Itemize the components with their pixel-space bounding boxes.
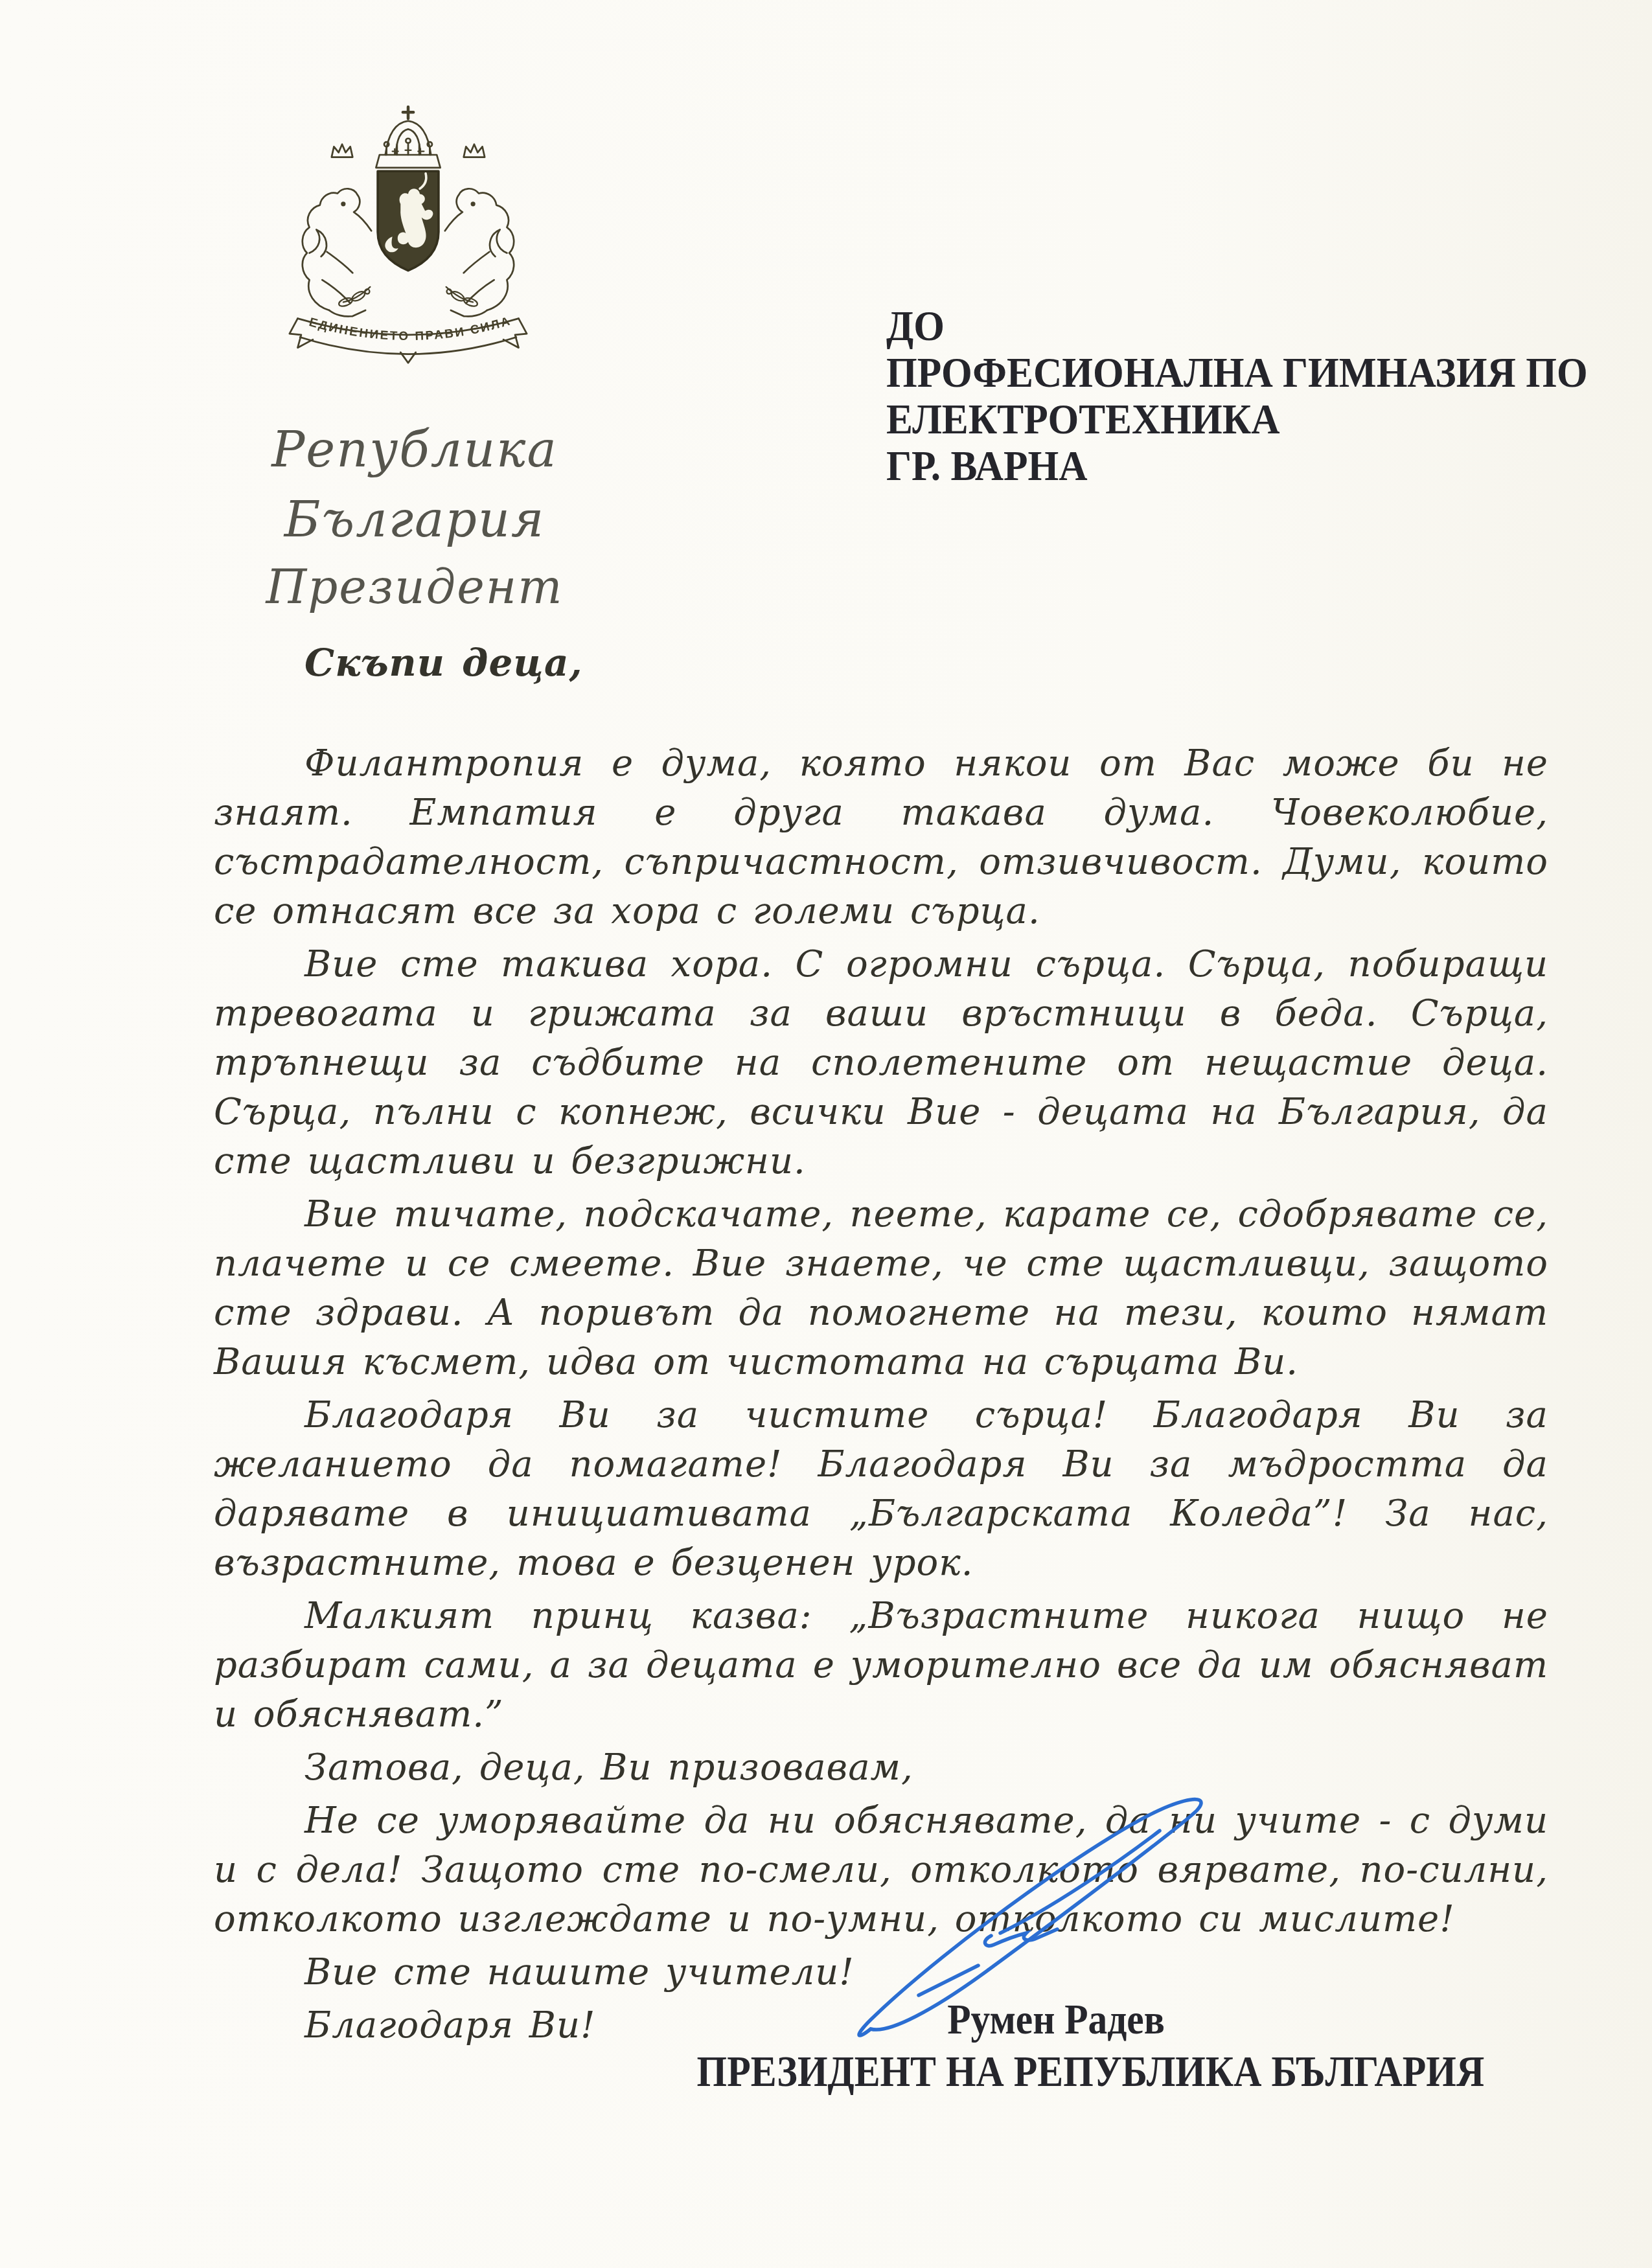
sender-office-line: Президент	[149, 555, 680, 619]
oak-sprigs-icon	[338, 287, 478, 308]
letter-paragraph: Благодаря Ви за чистите сърца! Благодаря…	[214, 1391, 1548, 1588]
signature-inner-stroke	[1000, 1831, 1160, 1933]
letter-paragraph: Филантропия е дума, която някои от Вас м…	[214, 739, 1548, 936]
bulgaria-coat-of-arms-icon: СЪЕДИНЕНИЕТО ПРАВИ СИЛАТА	[271, 89, 545, 387]
lion-right-icon	[445, 144, 514, 317]
coat-of-arms-svg: СЪЕДИНЕНИЕТО ПРАВИ СИЛАТА	[271, 89, 545, 387]
recipient-address: ДО ПРОФЕСИОНАЛНА ГИМНАЗИЯ ПО ЕЛЕКТРОТЕХН…	[886, 303, 1588, 490]
letter-paragraph: Малкият принц казва: „Възрастните никога…	[214, 1592, 1548, 1739]
recipient-line-school2: ЕЛЕКТРОТЕХНИКА	[886, 396, 1588, 443]
signatory-name: Румен Радев	[764, 1995, 1348, 2045]
recipient-line-city: ГР. ВАРНА	[886, 443, 1588, 490]
crown-icon	[376, 107, 440, 168]
salutation: Скъпи деца,	[214, 638, 1548, 687]
letter-paragraph: Вие тичате, подскачате, пеете, карате се…	[214, 1190, 1548, 1387]
recipient-line-school: ПРОФЕСИОНАЛНА ГИМНАЗИЯ ПО	[886, 350, 1588, 396]
shield-icon	[378, 171, 439, 270]
sender-country-line: Република България	[149, 415, 680, 555]
signature-squiggle	[985, 1929, 1057, 1946]
lion-left-icon	[303, 144, 371, 317]
sender-block: Република България Президент	[149, 415, 680, 619]
signatory-title: ПРЕЗИДЕНТ НА РЕПУБЛИКА БЪЛГАРИЯ	[697, 2046, 1416, 2097]
letter-page: СЪЕДИНЕНИЕТО ПРАВИ СИЛАТА Република Бълг…	[0, 0, 1652, 2268]
recipient-line-to: ДО	[886, 303, 1588, 350]
letter-paragraph: Вие сте такива хора. С огромни сърца. Съ…	[214, 940, 1548, 1186]
